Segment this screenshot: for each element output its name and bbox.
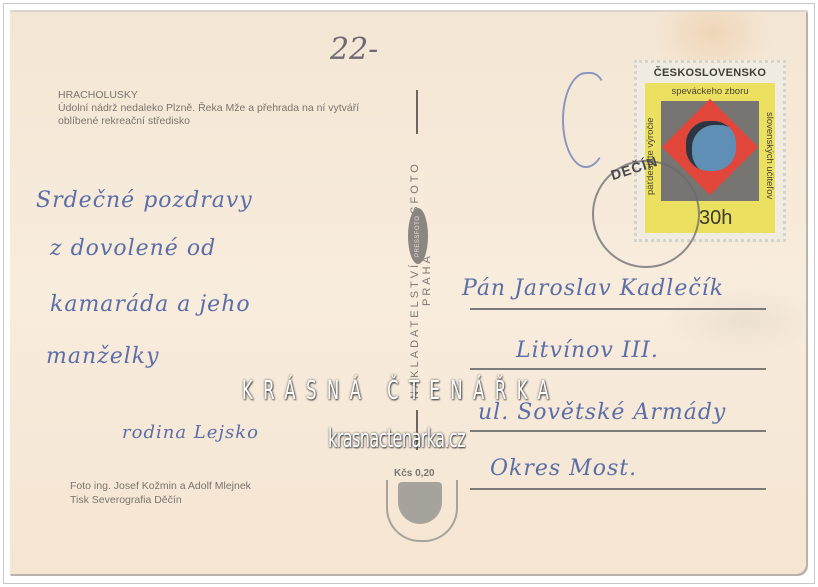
address-line: Okres Most.: [490, 456, 637, 481]
stamp-portrait-icon: [686, 121, 736, 171]
watermark-title: KRÁSNÁ ČTENÁŘKA: [242, 376, 559, 406]
stamp-country: ČESKOSLOVENSKO: [643, 67, 777, 79]
postmark-circle: [592, 160, 700, 268]
pen-scribble: [562, 72, 610, 168]
fee-label: Kčs 0,20: [394, 468, 435, 479]
stamp-text-right: slovenských učiteľov: [761, 101, 775, 211]
photo-credit: Foto ing. Josef Kožmin a Adolf Mlejnek: [70, 480, 251, 492]
message-line: z dovolené od: [50, 236, 216, 261]
caption-title: HRACHOLUSKY: [58, 89, 138, 101]
address-rule: [470, 430, 766, 432]
address-rule: [470, 308, 766, 310]
postcard: 22- HRACHOLUSKY Údolní nádrž nedaleko Pl…: [10, 10, 808, 576]
watermark-url: krasnactenarka.cz: [328, 424, 465, 454]
center-divider-top: [416, 90, 418, 134]
print-credit: Tisk Severografia Děčín: [70, 494, 182, 506]
pressfoto-logo-icon: PRESSFOTO: [408, 208, 428, 264]
caption-description: Údolní nádrž nedaleko Plzně. Řeka Mže a …: [58, 102, 378, 128]
message-line: kamaráda a jeho: [50, 292, 251, 317]
address-line: Pán Jaroslav Kadlečík: [462, 276, 724, 301]
message-signature: rodina Lejsko: [122, 422, 259, 443]
stamp-value: 30h: [699, 207, 732, 230]
address-rule: [470, 368, 766, 370]
corner-note: 22-: [330, 32, 378, 67]
fee-stamp: Kčs 0,20: [382, 468, 458, 544]
message-line: Srdečné pozdravy: [36, 188, 253, 213]
address-rule: [470, 488, 766, 490]
stamp-text-top: speváckeho zboru: [645, 86, 775, 97]
message-line: manželky: [46, 344, 160, 369]
address-line: Litvínov III.: [516, 338, 659, 363]
castle-shield-icon: [398, 482, 442, 524]
